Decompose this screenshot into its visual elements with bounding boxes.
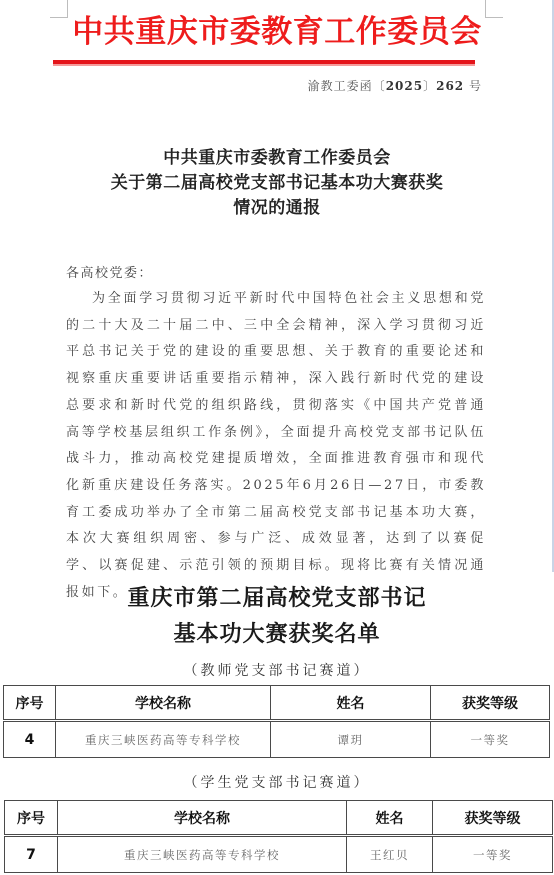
award-list-title: 重庆市第二届高校党支部书记 基本功大赛获奖名单 (0, 580, 554, 652)
cell-name: 谭玥 (271, 721, 431, 758)
cell-index: 7 (5, 836, 58, 873)
cell-name: 王红贝 (347, 836, 433, 873)
notice-title-line-3: 情况的通报 (0, 196, 554, 221)
cell-index: 4 (4, 721, 56, 758)
doc-number-bracket: 〕 (423, 79, 436, 93)
notice-page: 中共重庆市委教育工作委员会 渝教工委函〔2025〕262 号 中共重庆市委教育工… (0, 0, 554, 572)
column-header-index: 序号 (4, 686, 56, 721)
doc-number-value: 262 (436, 79, 464, 93)
table-row: 7 重庆三峡医药高等专科学校 王红贝 一等奖 (5, 836, 553, 873)
document-number: 渝教工委函〔2025〕262 号 (308, 77, 482, 94)
table-row: 4 重庆三峡医药高等专科学校 谭玥 一等奖 (4, 721, 550, 758)
column-header-index: 序号 (5, 801, 58, 836)
column-header-level: 获奖等级 (431, 686, 550, 721)
student-track-table: 序号 学校名称 姓名 获奖等级 7 重庆三峡医药高等专科学校 王红贝 一等奖 (4, 800, 553, 873)
student-track-label: （学生党支部书记赛道） (0, 772, 554, 792)
column-header-school: 学校名称 (58, 801, 347, 836)
table-header-row: 序号 学校名称 姓名 获奖等级 (4, 686, 550, 721)
cell-level: 一等奖 (433, 836, 553, 873)
column-header-level: 获奖等级 (433, 801, 553, 836)
teacher-track-table: 序号 学校名称 姓名 获奖等级 4 重庆三峡医药高等专科学校 谭玥 一等奖 (3, 685, 550, 758)
notice-title: 中共重庆市委教育工作委员会 关于第二届高校党支部书记基本功大赛获奖 情况的通报 (0, 146, 554, 221)
notice-title-line-2: 关于第二届高校党支部书记基本功大赛获奖 (0, 171, 554, 196)
red-masthead-title: 中共重庆市委教育工作委员会 (0, 14, 554, 50)
doc-number-year: 2025 (386, 79, 423, 93)
column-header-name: 姓名 (347, 801, 433, 836)
award-list-title-line-2: 基本功大赛获奖名单 (0, 616, 554, 652)
column-header-school: 学校名称 (56, 686, 271, 721)
red-divider-line-shadow (53, 64, 475, 66)
award-list-title-line-1: 重庆市第二届高校党支部书记 (0, 580, 554, 616)
doc-number-prefix: 渝教工委函〔 (308, 79, 386, 93)
cell-school: 重庆三峡医药高等专科学校 (56, 721, 271, 758)
table-header-row: 序号 学校名称 姓名 获奖等级 (5, 801, 553, 836)
cell-level: 一等奖 (431, 721, 550, 758)
notice-title-line-1: 中共重庆市委教育工作委员会 (0, 146, 554, 171)
column-header-name: 姓名 (271, 686, 431, 721)
cell-school: 重庆三峡医药高等专科学校 (58, 836, 347, 873)
salutation: 各高校党委： (66, 262, 153, 281)
notice-body-paragraph: 为全面学习贯彻习近平新时代中国特色社会主义思想和党的二十大及二十届二中、三中全会… (66, 286, 486, 606)
doc-number-suffix: 号 (464, 79, 482, 93)
teacher-track-label: （教师党支部书记赛道） (0, 660, 554, 680)
